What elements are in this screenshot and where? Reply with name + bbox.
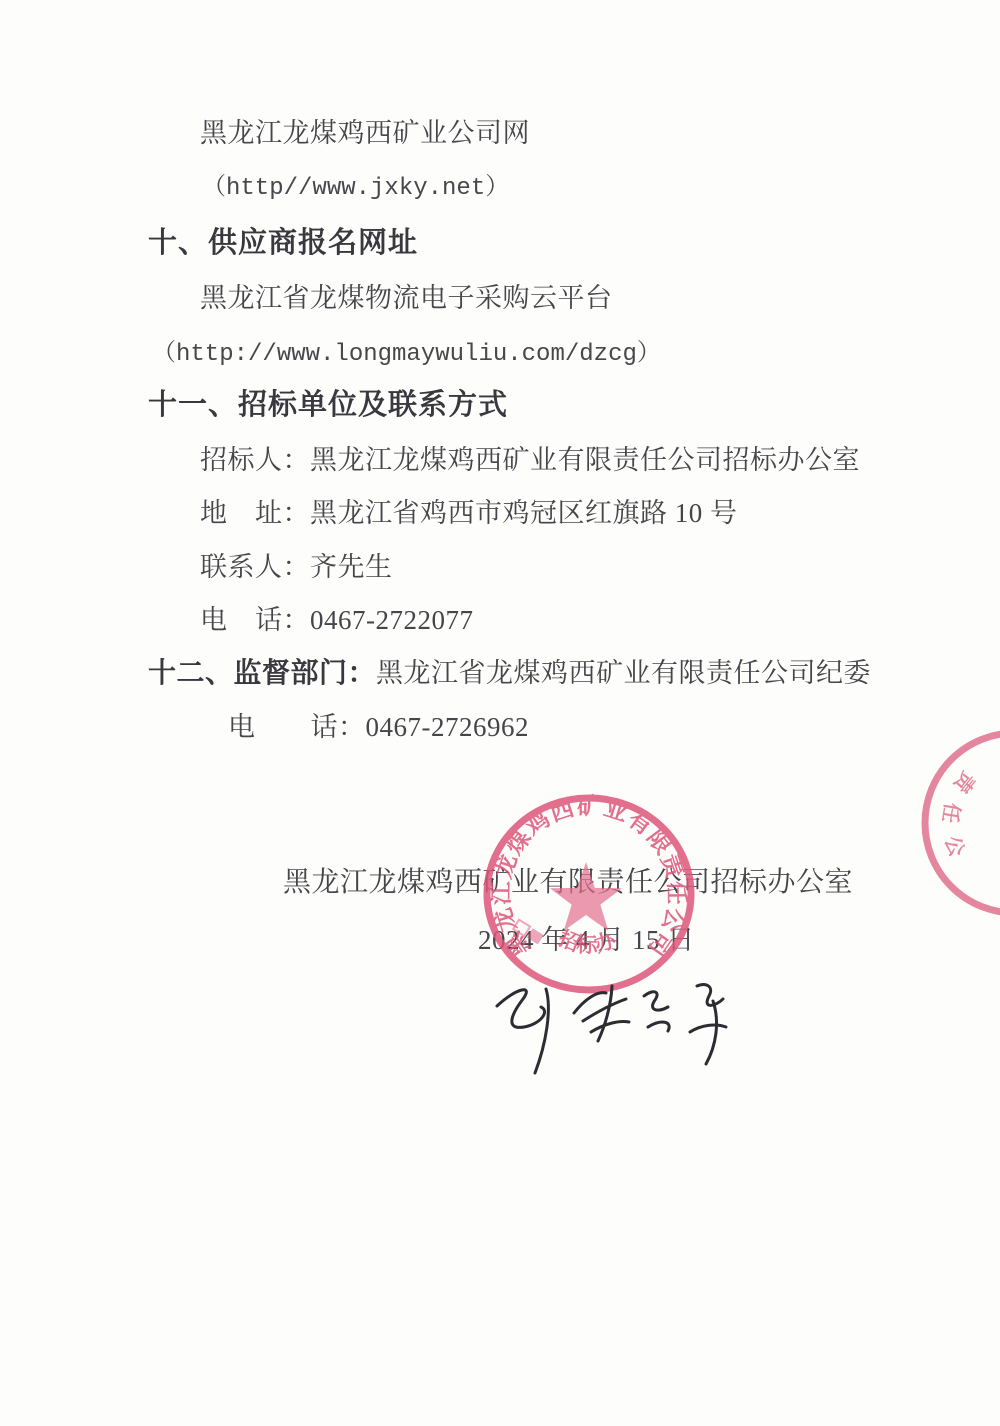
section-12-value: 黑龙江省龙煤鸡西矿业有限责任公司纪委 [376,658,871,688]
platform-url: （http://www.longmaywuliu.com/dzcg） [152,338,661,372]
section-10-heading: 十、供应商报名网址 [148,226,418,260]
supervision-phone-line: 电 话：0467-2726962 [228,710,529,744]
company-site-url: （http//www.jxky.net） [202,172,509,206]
section-12-line: 十二、监督部门：黑龙江省龙煤鸡西矿业有限责任公司纪委 [148,656,871,691]
section-11-heading: 十一、招标单位及联系方式 [148,388,508,422]
company-site-line: 黑龙江龙煤鸡西矿业公司网 [200,116,530,150]
handwritten-signature [497,985,726,1073]
tenderer-line: 招标人：黑龙江龙煤鸡西矿业有限责任公司招标办公室 [200,443,860,477]
edge-seal-ring [925,733,1000,913]
address-line: 地 址：黑龙江省鸡西市鸡冠区红旗路 10 号 [200,496,738,530]
platform-line: 黑龙江省龙煤物流电子采购云平台 [200,281,613,315]
document-page: 黑龙江龙煤鸡西矿业公司网 （http//www.jxky.net） 十、供应商报… [0,0,1000,1426]
signoff-date-line: 2024 年 4 月 15 日 [478,923,695,957]
contact-person-line: 联系人：齐先生 [200,550,393,584]
signoff-org-line: 黑龙江龙煤鸡西矿业有限责任公司招标办公室 [283,866,853,900]
section-12-heading: 十二、监督部门： [148,658,376,689]
phone-line: 电 话：0467-2722077 [200,603,474,637]
